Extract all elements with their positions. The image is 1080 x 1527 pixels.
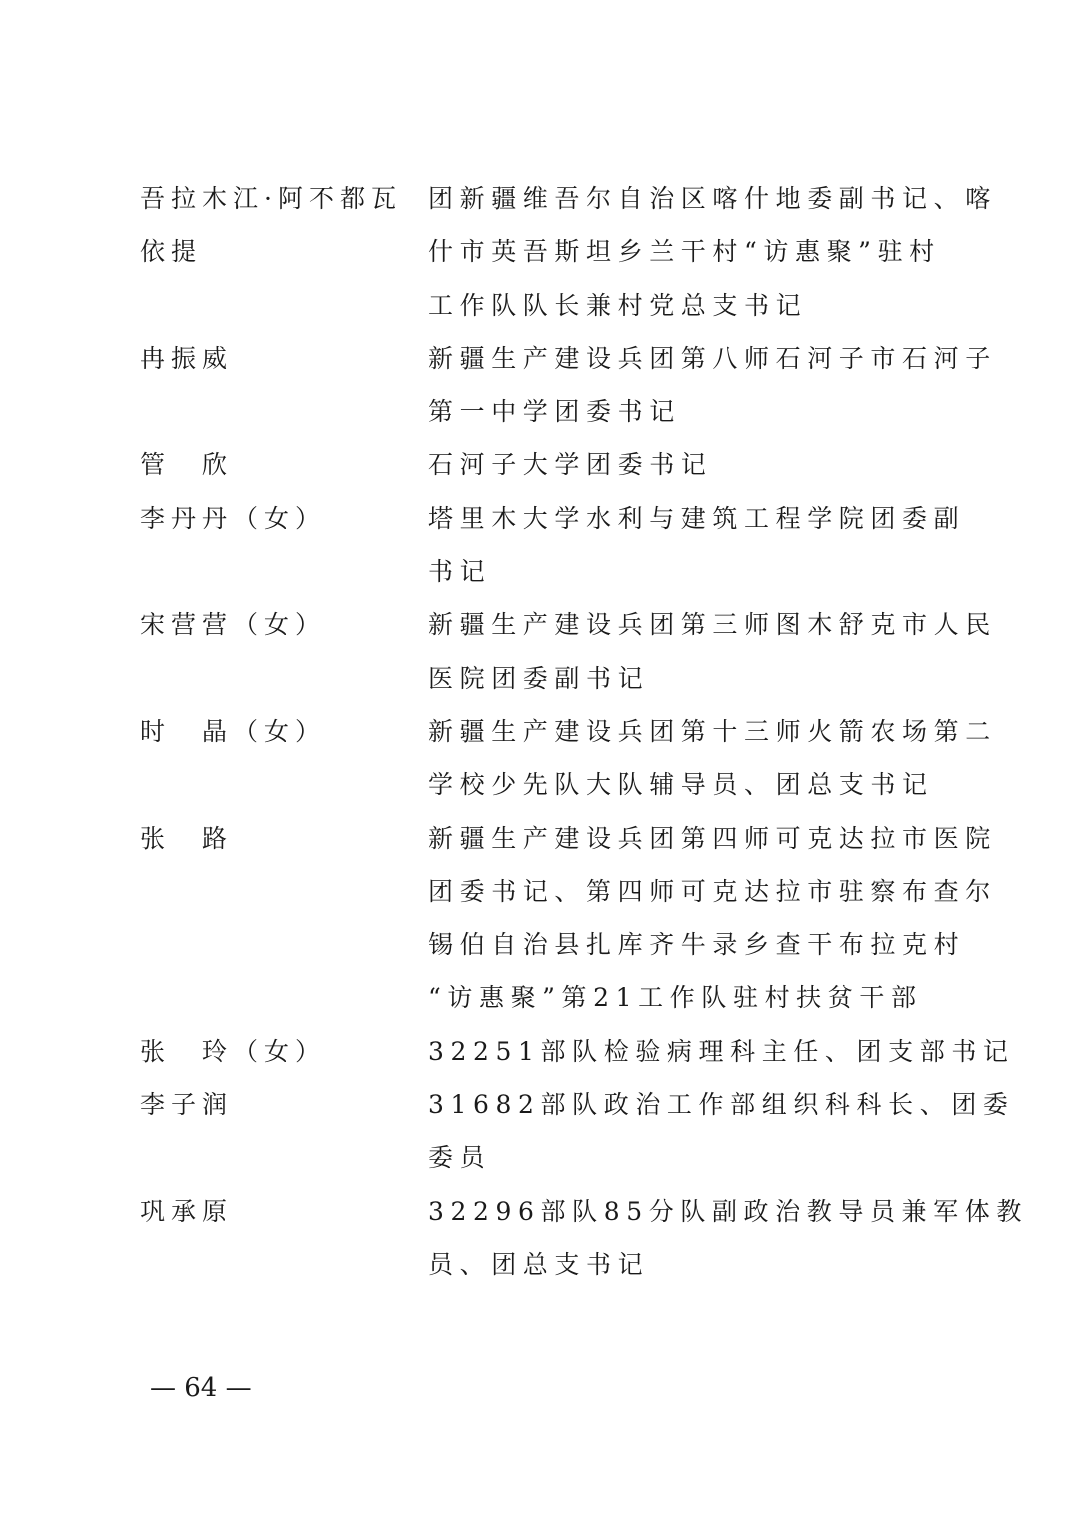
title-line: 新疆生产建设兵团第十三师火箭农场第二 (428, 705, 940, 758)
person-title: 石河子大学团委书记 (428, 438, 940, 491)
list-item: 张 玲（女） 32251部队检验病理科主任、团支部书记 (140, 1025, 940, 1078)
person-title: 新疆生产建设兵团第四师可克达拉市医院 团委书记、第四师可克达拉市驻察布查尔 锡伯… (428, 812, 940, 1025)
person-name: 李子润 (140, 1078, 428, 1131)
person-name: 管 欣 (140, 438, 428, 491)
title-line: 委员 (428, 1131, 940, 1184)
title-line: 学校少先队大队辅导员、团总支书记 (428, 758, 940, 811)
title-line: 新疆生产建设兵团第八师石河子市石河子 (428, 332, 940, 385)
title-line: 32296部队85分队副政治教导员兼军体教 (428, 1185, 940, 1238)
person-name: 时 晶（女） (140, 705, 428, 758)
person-title: 新疆生产建设兵团第八师石河子市石河子 第一中学团委书记 (428, 332, 940, 439)
list-item: 巩承原 32296部队85分队副政治教导员兼军体教 员、团总支书记 (140, 1185, 940, 1292)
title-line: 什市英吾斯坦乡兰干村“访惠聚”驻村 (428, 225, 940, 278)
title-line: 塔里木大学水利与建筑工程学院团委副 (428, 492, 940, 545)
person-title: 塔里木大学水利与建筑工程学院团委副 书记 (428, 492, 940, 599)
person-title: 团新疆维吾尔自治区喀什地委副书记、喀 什市英吾斯坦乡兰干村“访惠聚”驻村 工作队… (428, 172, 940, 332)
title-line: 31682部队政治工作部组织科科长、团委 (428, 1078, 940, 1131)
title-line: 员、团总支书记 (428, 1238, 940, 1291)
title-line: 第一中学团委书记 (428, 385, 940, 438)
title-line: 医院团委副书记 (428, 652, 940, 705)
title-line: 锡伯自治县扎库齐牛录乡查干布拉克村 (428, 918, 940, 971)
list-item: 张 路 新疆生产建设兵团第四师可克达拉市医院 团委书记、第四师可克达拉市驻察布查… (140, 812, 940, 1025)
person-title: 新疆生产建设兵团第十三师火箭农场第二 学校少先队大队辅导员、团总支书记 (428, 705, 940, 812)
person-name: 宋营营（女） (140, 598, 428, 651)
person-name: 李丹丹（女） (140, 492, 428, 545)
person-name: 吾拉木江·阿不都瓦 依提 (140, 172, 428, 279)
person-name: 巩承原 (140, 1185, 428, 1238)
person-name: 冉振威 (140, 332, 428, 385)
person-name: 张 路 (140, 812, 428, 865)
title-line: 团委书记、第四师可克达拉市驻察布查尔 (428, 865, 940, 918)
title-line: 新疆生产建设兵团第三师图木舒克市人民 (428, 598, 940, 651)
list-item: 李丹丹（女） 塔里木大学水利与建筑工程学院团委副 书记 (140, 492, 940, 599)
person-title: 32251部队检验病理科主任、团支部书记 (428, 1025, 940, 1078)
person-title: 32296部队85分队副政治教导员兼军体教 员、团总支书记 (428, 1185, 940, 1292)
list-item: 时 晶（女） 新疆生产建设兵团第十三师火箭农场第二 学校少先队大队辅导员、团总支… (140, 705, 940, 812)
title-line: 新疆生产建设兵团第四师可克达拉市医院 (428, 812, 940, 865)
title-line: 书记 (428, 545, 940, 598)
page-number: — 64 — (150, 1368, 252, 1408)
person-title: 新疆生产建设兵团第三师图木舒克市人民 医院团委副书记 (428, 598, 940, 705)
list-item: 吾拉木江·阿不都瓦 依提 团新疆维吾尔自治区喀什地委副书记、喀 什市英吾斯坦乡兰… (140, 172, 940, 332)
title-line: 32251部队检验病理科主任、团支部书记 (428, 1025, 940, 1078)
title-line: 工作队队长兼村党总支书记 (428, 279, 940, 332)
document-page: 吾拉木江·阿不都瓦 依提 团新疆维吾尔自治区喀什地委副书记、喀 什市英吾斯坦乡兰… (0, 0, 1080, 1527)
person-name: 张 玲（女） (140, 1025, 428, 1078)
list-item: 冉振威 新疆生产建设兵团第八师石河子市石河子 第一中学团委书记 (140, 332, 940, 439)
list-item: 李子润 31682部队政治工作部组织科科长、团委 委员 (140, 1078, 940, 1185)
honoree-list: 吾拉木江·阿不都瓦 依提 团新疆维吾尔自治区喀什地委副书记、喀 什市英吾斯坦乡兰… (140, 172, 940, 1291)
title-line: 团新疆维吾尔自治区喀什地委副书记、喀 (428, 172, 940, 225)
title-line: 石河子大学团委书记 (428, 438, 940, 491)
list-item: 管 欣 石河子大学团委书记 (140, 438, 940, 491)
person-title: 31682部队政治工作部组织科科长、团委 委员 (428, 1078, 940, 1185)
list-item: 宋营营（女） 新疆生产建设兵团第三师图木舒克市人民 医院团委副书记 (140, 598, 940, 705)
title-line: “访惠聚”第21工作队驻村扶贫干部 (428, 971, 940, 1024)
